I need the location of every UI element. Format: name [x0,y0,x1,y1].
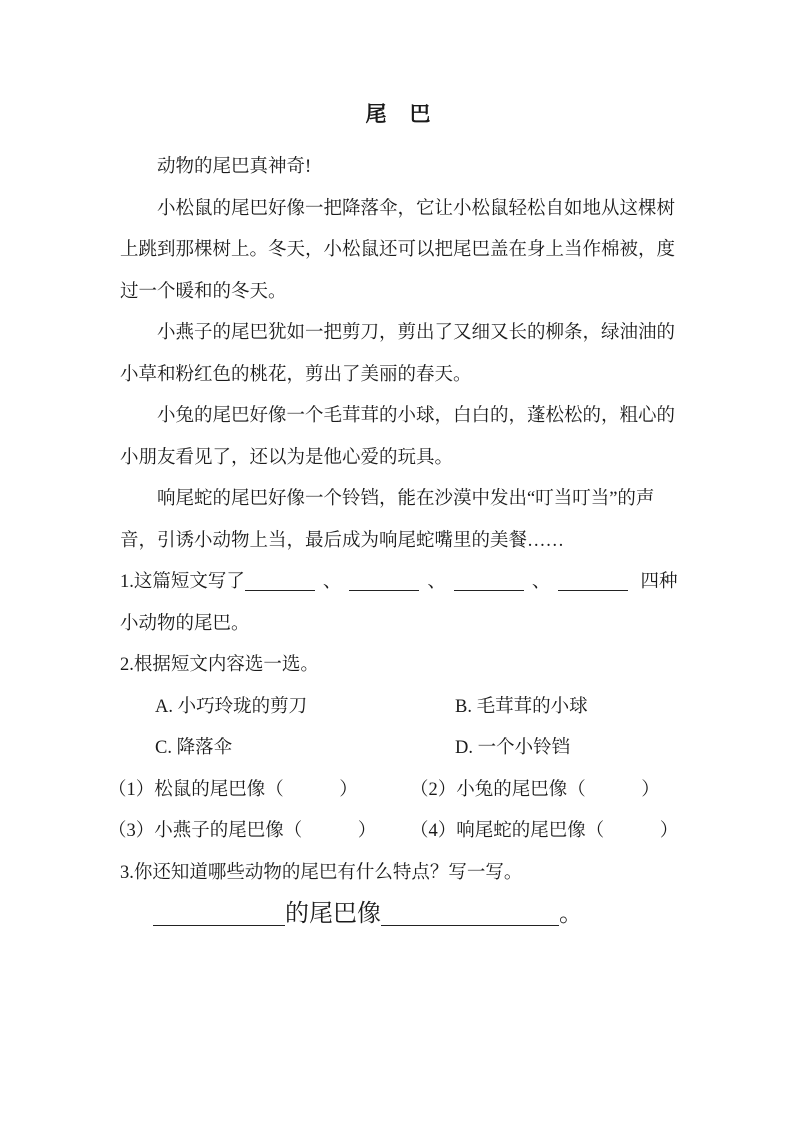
subquestion-4: （4）响尾蛇的尾巴像（ ） [410,821,678,841]
option-c: C. 降落伞 [155,728,455,770]
document-title: 尾 巴 [120,101,677,128]
question-1-line-1: 1.这篇短文写了、、、四种 [120,562,677,604]
enumeration-comma: 、 [323,562,342,604]
passage-line: 小松鼠的尾巴好像一把降落伞，它让小松鼠轻松自如地从这棵树 [120,189,677,231]
passage-paragraph-3: 小燕子的尾巴犹如一把剪刀，剪出了又细又长的柳条，绿油油的 小草和粉红色的桃花，剪… [120,313,677,396]
passage-paragraph-1: 动物的尾巴真神奇! [120,147,677,189]
enumeration-comma: 、 [427,562,446,604]
fill-blank-3[interactable] [454,572,524,592]
passage-line: 上跳到那棵树上。冬天，小松鼠还可以把尾巴盖在身上当作棉被，度 [120,230,677,272]
passage-paragraph-4: 小兔的尾巴好像一个毛茸茸的小球，白白的，蓬松松的，粗心的 小朋友看见了，还以为是… [120,396,677,479]
question-3-label: 3.你还知道哪些动物的尾巴有什么特点？写一写。 [120,853,677,895]
subquestion-row-12: （1）松鼠的尾巴像（ ）（2）小兔的尾巴像（ ） [108,770,677,812]
passage-line: 小草和粉红色的桃花，剪出了美丽的春天。 [120,355,677,397]
question-1-line-2: 小动物的尾巴。 [120,604,677,646]
fill-blank-animal[interactable] [153,901,285,926]
option-a: A. 小巧玲珑的剪刀 [155,687,455,729]
enumeration-comma: 、 [532,562,551,604]
question-2-label: 2.根据短文内容选一选。 [120,645,677,687]
option-d: D. 一个小铃铛 [455,738,570,758]
fill-blank-description[interactable] [381,901,559,926]
passage-line: 小朋友看见了，还以为是他心爱的玩具。 [120,438,677,480]
answer-period: 。 [559,901,583,927]
question-1-lead: 1.这篇短文写了 [120,572,245,592]
passage-line: 动物的尾巴真神奇! [120,147,677,189]
question-1-tail: 四种 [640,572,677,592]
fill-blank-1[interactable] [245,572,315,592]
subquestion-1: （1）松鼠的尾巴像（ ） [108,770,410,812]
subquestion-2: （2）小兔的尾巴像（ ） [410,780,660,800]
fill-blank-2[interactable] [349,572,419,592]
passage-line: 小燕子的尾巴犹如一把剪刀，剪出了又细又长的柳条，绿油油的 [120,313,677,355]
passage-line: 音，引诱小动物上当，最后成为响尾蛇嘴里的美餐…… [120,521,677,563]
fill-blank-4[interactable] [558,572,628,592]
passage-paragraph-2: 小松鼠的尾巴好像一把降落伞，它让小松鼠轻松自如地从这棵树 上跳到那棵树上。冬天，… [120,189,677,314]
subquestion-3: （3）小燕子的尾巴像（ ） [108,811,410,853]
option-b: B. 毛茸茸的小球 [455,697,588,717]
passage-line: 小兔的尾巴好像一个毛茸茸的小球，白白的，蓬松松的，粗心的 [120,396,677,438]
passage-paragraph-5: 响尾蛇的尾巴好像一个铃铛，能在沙漠中发出“叮当叮当”的声 音，引诱小动物上当，最… [120,479,677,562]
page-content: 尾 巴 动物的尾巴真神奇! 小松鼠的尾巴好像一把降落伞，它让小松鼠轻松自如地从这… [120,101,677,936]
subquestion-row-34: （3）小燕子的尾巴像（ ）（4）响尾蛇的尾巴像（ ） [108,811,677,853]
passage-line: 过一个暖和的冬天。 [120,272,677,314]
question-3-answer-line: 的尾巴像。 [120,894,677,936]
option-row-cd: C. 降落伞D. 一个小铃铛 [120,728,677,770]
worksheet-page: 尾 巴 动物的尾巴真神奇! 小松鼠的尾巴好像一把降落伞，它让小松鼠轻松自如地从这… [0,0,793,1122]
passage-line: 响尾蛇的尾巴好像一个铃铛，能在沙漠中发出“叮当叮当”的声 [120,479,677,521]
option-row-ab: A. 小巧玲珑的剪刀B. 毛茸茸的小球 [120,687,677,729]
answer-mid-text: 的尾巴像 [285,901,381,927]
